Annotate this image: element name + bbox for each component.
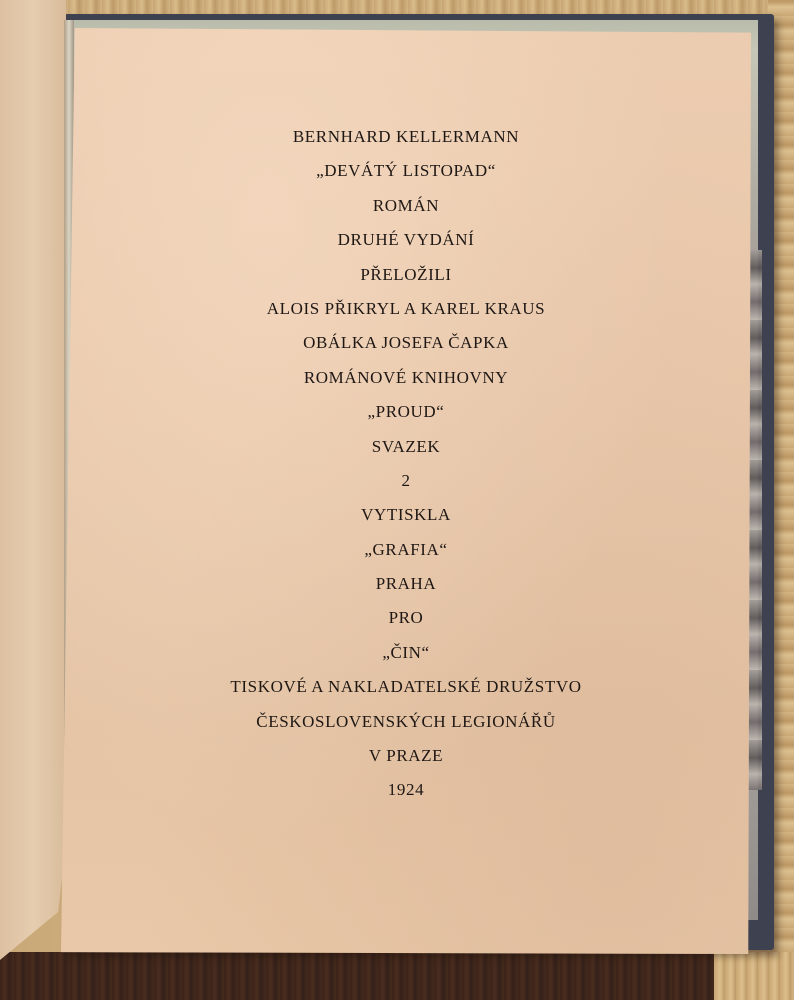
series-name: „PROUD“ — [368, 395, 445, 429]
publisher-desc-2: ČESKOSLOVENSKÝCH LEGIONÁŘŮ — [256, 705, 555, 739]
publication-city: V PRAZE — [369, 739, 443, 773]
volume-number: 2 — [401, 464, 410, 498]
title-page: BERNHARD KELLERMANN „DEVÁTÝ LISTOPAD“ RO… — [61, 28, 751, 954]
printed-by-label: VYTISKLA — [361, 498, 451, 532]
for-label: PRO — [389, 601, 424, 635]
translators: ALOIS PŘIKRYL A KAREL KRAUS — [267, 292, 545, 326]
publisher-desc-1: TISKOVÉ A NAKLADATELSKÉ DRUŽSTVO — [230, 670, 581, 704]
printer-city: PRAHA — [376, 567, 437, 601]
book-title: „DEVÁTÝ LISTOPAD“ — [316, 154, 496, 188]
title-page-text: BERNHARD KELLERMANN „DEVÁTÝ LISTOPAD“ RO… — [61, 120, 751, 808]
dark-floor-bottom — [0, 952, 794, 1000]
translated-by-label: PŘELOŽILI — [360, 258, 451, 292]
edition: DRUHÉ VYDÁNÍ — [338, 223, 475, 257]
printer-name: „GRAFIA“ — [364, 533, 447, 567]
wooden-table-bottom-right — [714, 952, 794, 1000]
cover-artist: OBÁLKA JOSEFA ČAPKA — [303, 326, 509, 360]
author-name: BERNHARD KELLERMANN — [293, 120, 519, 154]
left-facing-page — [0, 0, 66, 960]
volume-label: SVAZEK — [372, 430, 440, 464]
genre: ROMÁN — [373, 189, 439, 223]
publication-year: 1924 — [388, 773, 424, 807]
publisher-name: „ČIN“ — [382, 636, 429, 670]
series-label: ROMÁNOVÉ KNIHOVNY — [304, 361, 508, 395]
